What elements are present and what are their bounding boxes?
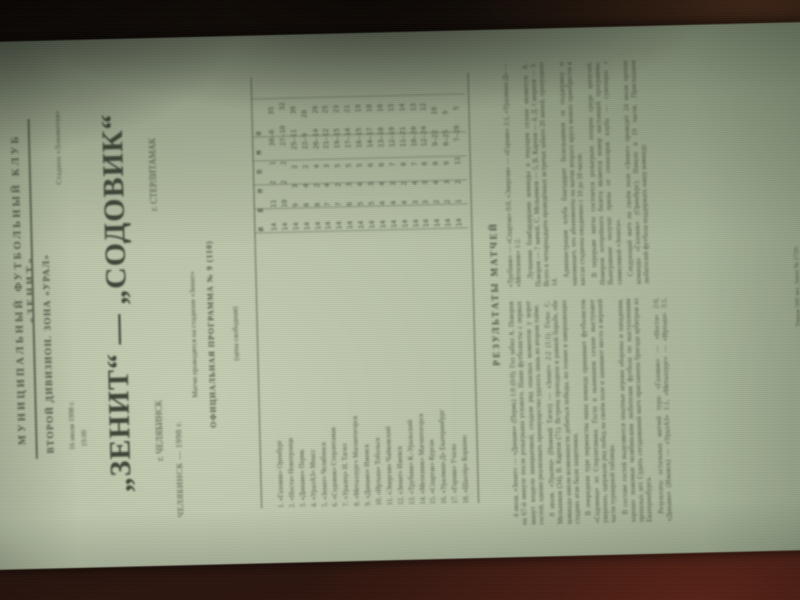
- results-paragraph: В перерыве матча состоится розыгрыш лоте…: [585, 61, 624, 286]
- results-paragraph: Лучшими бомбардирами команды в текущем с…: [521, 62, 560, 287]
- venue-note-line: Матчи проводятся на стадионе «Зенит»: [184, 149, 202, 520]
- results-text-columns: 4 июля. «Зенит» — «Динамо» (Пермь) 1:0 (…: [501, 56, 798, 525]
- official-programme-line: ОФИЦИАЛЬНАЯ ПРОГРАММА № 9 (110): [202, 149, 220, 520]
- team-cities-row: г. ЧЕЛЯБИНСК г. СТЕРЛИТАМАК: [147, 138, 165, 461]
- match-title: „ЗЕНИТ“ — „СОДОВИК“: [93, 75, 142, 532]
- results-paragraph: 4 июля. «Зенит» — «Динамо» (Пермь) 1:0 (…: [507, 301, 546, 526]
- results-paragraph: В очередном туре первенства наша команда…: [580, 299, 619, 524]
- results-paragraph: 8 июля. «Уралец» (Нижний Тагил) — «Зенит…: [543, 300, 582, 525]
- results-paragraph: Следующий матч на своём поле «Зенит» про…: [621, 60, 651, 285]
- imprint-line: ЧЕЛЯБИНСК — 1998 г.: [173, 421, 185, 518]
- stadium-line: Стадион «Локомотив»: [53, 110, 63, 184]
- match-time: 19.00: [79, 430, 88, 447]
- division-row: ВТОРОЙ ДИВИЗИОН. ЗОНА «УРАЛ» Стадион «Ло…: [38, 110, 69, 453]
- standings-team: 2. «Носта» Новотроицк: [285, 437, 298, 507]
- programme-page: МУНИЦИПАЛЬНЫЙ ФУТБОЛЬНЫЙ КЛУБ «ЗЕНИТ» ВТ…: [0, 22, 800, 570]
- club-name-line: МУНИЦИПАЛЬНЫЙ ФУТБОЛЬНЫЙ КЛУБ «ЗЕНИТ»: [9, 109, 42, 469]
- standings-team: 18. «Шахтёр» Коркино: [460, 435, 473, 503]
- results-paragraph: Администрация клуба благодарит болельщик…: [557, 61, 587, 286]
- photo-of-programme: МУНИЦИПАЛЬНЫЙ ФУТБОЛЬНЫЙ КЛУБ «ЗЕНИТ» ВТ…: [0, 0, 800, 600]
- results-paragraph: В составе гостей выделяются опытные игро…: [616, 298, 655, 523]
- home-city: г. ЧЕЛЯБИНСК: [153, 400, 164, 461]
- standings-table: И В Н П М О 1. «Газовик» Оренбург 14 11 …: [251, 72, 479, 508]
- price-line: (цена свободная): [226, 148, 244, 519]
- division-line: ВТОРОЙ ДИВИЗИОН. ЗОНА «УРАЛ»: [42, 254, 57, 454]
- match-date: 16 июля 1998 г.: [66, 401, 76, 450]
- away-city: г. СТЕРЛИТАМАК: [147, 138, 159, 211]
- programme-content: МУНИЦИПАЛЬНЫЙ ФУТБОЛЬНЫЙ КЛУБ «ЗЕНИТ» ВТ…: [0, 22, 800, 570]
